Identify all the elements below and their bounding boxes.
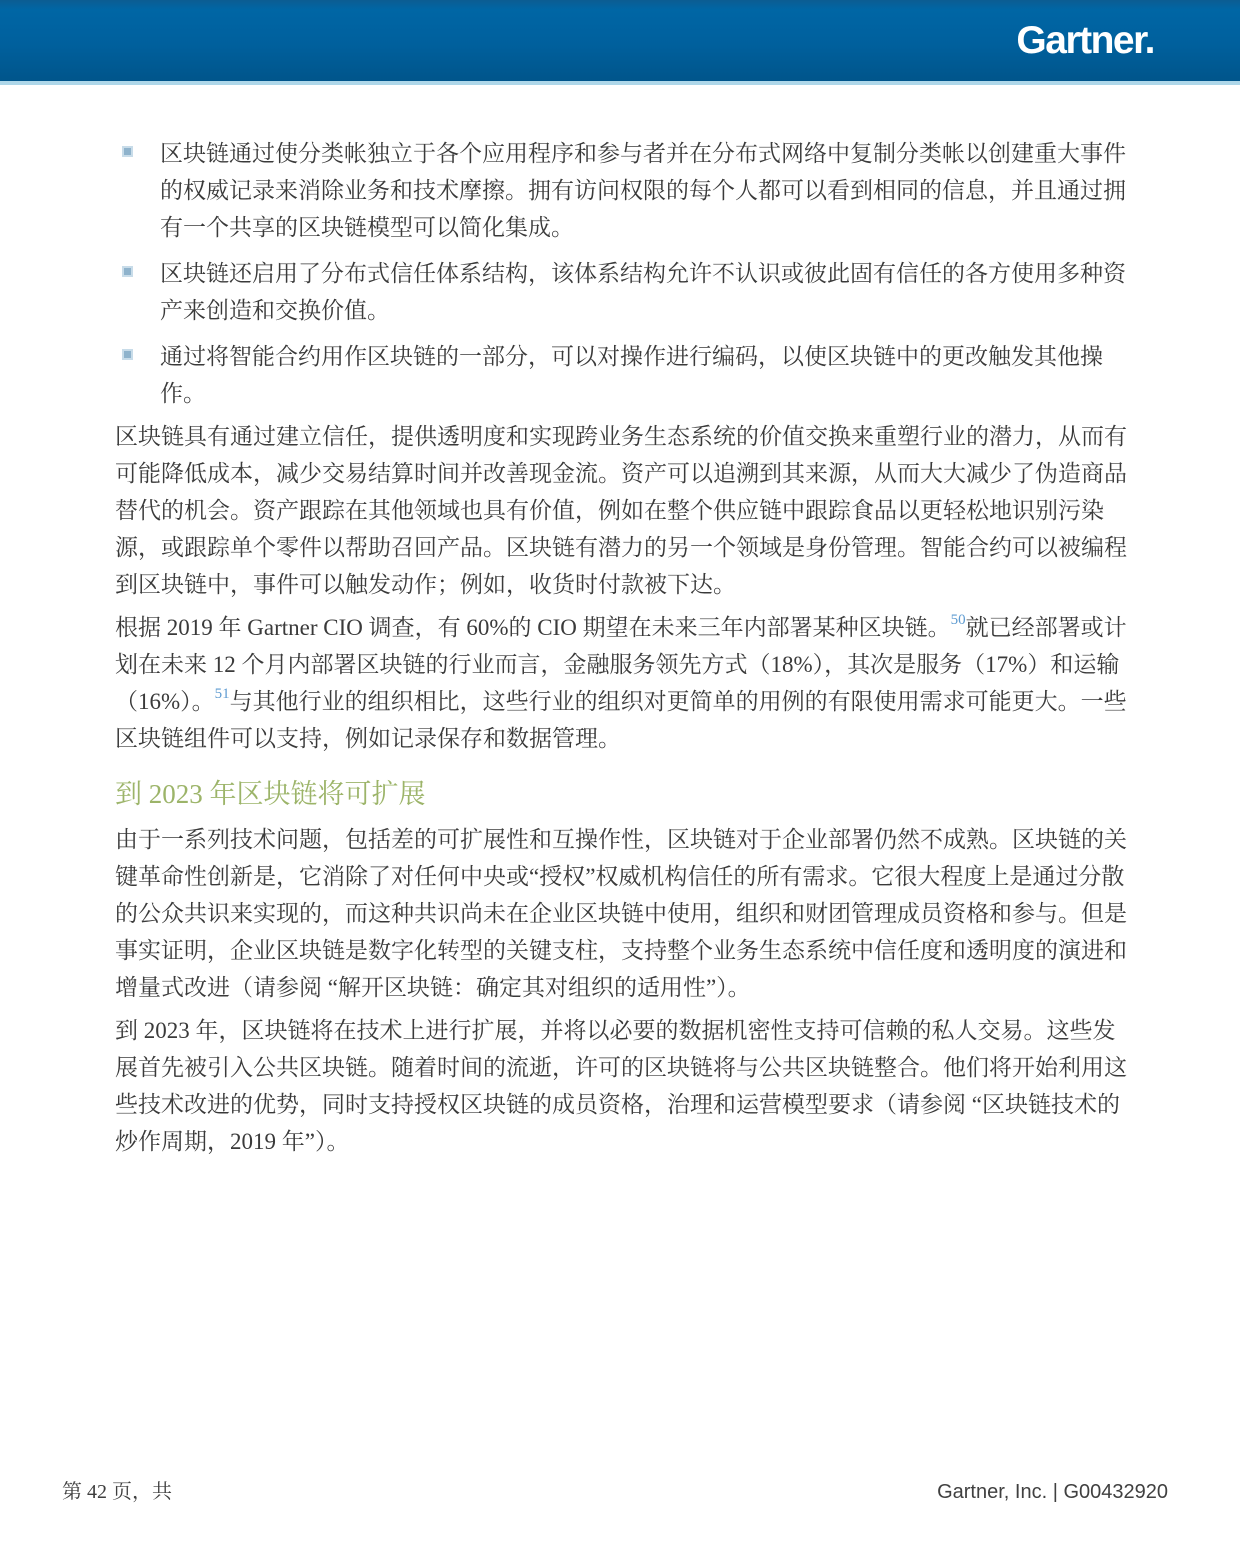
page-header: Gartner. bbox=[0, 0, 1240, 85]
bullet-text: 通过将智能合约用作区块链的一部分，可以对操作进行编码，以使区块链中的更改触发其他… bbox=[160, 344, 1103, 406]
bullet-text: 区块链还启用了分布式信任体系结构，该体系结构允许不认识或彼此固有信任的各方使用多… bbox=[160, 261, 1126, 323]
bullet-item: 通过将智能合约用作区块链的一部分，可以对操作进行编码，以使区块链中的更改触发其他… bbox=[115, 338, 1130, 412]
survey-text-3: 与其他行业的组织相比，这些行业的组织对更简单的用例的有限使用需求可能更大。一些区… bbox=[115, 689, 1127, 751]
square-bullet-icon bbox=[124, 268, 131, 275]
paragraph-blockchain-2023: 到 2023 年，区块链将在技术上进行扩展，并将以必要的数据机密性支持可信赖的私… bbox=[115, 1012, 1130, 1160]
bullet-item: 区块链通过使分类帐独立于各个应用程序和参与者并在分布式网络中复制分类帐以创建重大… bbox=[115, 135, 1130, 246]
paragraph-blockchain-potential: 区块链具有通过建立信任，提供透明度和实现跨业务生态系统的价值交换来重塑行业的潜力… bbox=[115, 418, 1130, 603]
paragraph-cio-survey: 根据 2019 年 Gartner CIO 调查，有 60%的 CIO 期望在未… bbox=[115, 609, 1130, 757]
section-heading-blockchain-scalable: 到 2023 年区块链将可扩展 bbox=[115, 777, 1130, 811]
square-bullet-icon bbox=[124, 148, 131, 155]
bullet-list: 区块链通过使分类帐独立于各个应用程序和参与者并在分布式网络中复制分类帐以创建重大… bbox=[115, 135, 1130, 412]
footnote-ref-51[interactable]: 51 bbox=[215, 686, 230, 702]
footnote-ref-50[interactable]: 50 bbox=[951, 612, 966, 628]
gartner-logo: Gartner. bbox=[1016, 19, 1154, 63]
square-bullet-icon bbox=[124, 351, 131, 358]
paragraph-blockchain-maturity: 由于一系列技术问题，包括差的可扩展性和互操作性，区块链对于企业部署仍然不成熟。区… bbox=[115, 821, 1130, 1006]
bullet-item: 区块链还启用了分布式信任体系结构，该体系结构允许不认识或彼此固有信任的各方使用多… bbox=[115, 255, 1130, 329]
document-id: Gartner, Inc. | G00432920 bbox=[937, 1480, 1168, 1504]
page-content: 区块链通过使分类帐独立于各个应用程序和参与者并在分布式网络中复制分类帐以创建重大… bbox=[115, 135, 1130, 1160]
document-page: Gartner. 区块链通过使分类帐独立于各个应用程序和参与者并在分布式网络中复… bbox=[0, 0, 1240, 1545]
bullet-text: 区块链通过使分类帐独立于各个应用程序和参与者并在分布式网络中复制分类帐以创建重大… bbox=[160, 141, 1126, 240]
page-number: 第 42 页，共 bbox=[62, 1480, 172, 1504]
survey-text-1: 根据 2019 年 Gartner CIO 调查，有 60%的 CIO 期望在未… bbox=[115, 615, 951, 640]
